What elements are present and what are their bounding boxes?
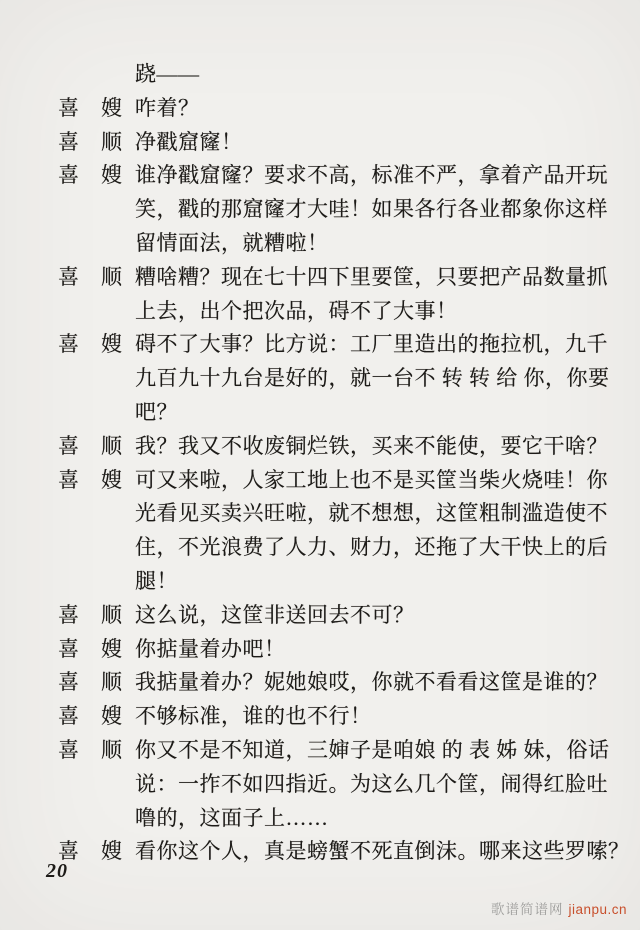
speaker-label: 喜 嫂: [58, 328, 122, 362]
page-number: 20: [46, 860, 68, 883]
dialogue-row: 喜 顺这么说，这筐非送回去不可？: [58, 599, 624, 633]
dialogue-text: 跷——: [135, 58, 624, 92]
dialogue-text: 看你这个人，真是螃蟹不死直倒沫。哪来这些罗嗦？: [135, 835, 624, 869]
dialogue-line: 腿！: [135, 565, 624, 599]
dialogue-row: 喜 嫂谁净戳窟窿？要求不高，标准不严，拿着产品开玩笑，戳的那窟窿才大哇！如果各行…: [58, 159, 624, 260]
dialogue-line: 留情面法，就糟啦！: [135, 227, 624, 261]
speaker-label: 喜 嫂: [58, 464, 122, 498]
dialogue-line: 不够标准，谁的也不行！: [135, 700, 624, 734]
speaker-label: 喜 嫂: [58, 633, 122, 667]
dialogue-line: 住，不光浪费了人力、财力，还拖了大干快上的后: [135, 531, 624, 565]
dialogue-text: 我掂量着办？妮她娘哎，你就不看看这筐是谁的？: [135, 666, 624, 700]
dialogue-line: 跷——: [135, 58, 624, 92]
speaker-label: 喜 嫂: [58, 159, 122, 193]
watermark-site-name: 歌谱简谱网: [491, 902, 564, 917]
dialogue-line: 糟啥糟？现在七十四下里要筐，只要把产品数量抓: [135, 261, 624, 295]
speaker-label: 喜 顺: [58, 261, 122, 295]
dialogue-row: 喜 嫂碍不了大事？比方说：工厂里造出的拖拉机，九千九百九十九台是好的，就一台不 …: [58, 328, 624, 429]
dialogue-line: 九百九十九台是好的，就一台不 转 转 给 你，你要: [135, 362, 624, 396]
dialogue-row: 喜 嫂看你这个人，真是螃蟹不死直倒沫。哪来这些罗嗦？: [58, 835, 624, 869]
speaker-label: 喜 顺: [58, 126, 122, 160]
dialogue-line: 碍不了大事？比方说：工厂里造出的拖拉机，九千: [135, 328, 624, 362]
dialogue-line: 看你这个人，真是螃蟹不死直倒沫。哪来这些罗嗦？: [135, 835, 624, 869]
script-dialogue: 跷——喜 嫂咋着？喜 顺净戳窟窿！喜 嫂谁净戳窟窿？要求不高，标准不严，拿着产品…: [58, 58, 624, 869]
dialogue-text: 你掂量着办吧！: [135, 633, 624, 667]
dialogue-row: 喜 嫂你掂量着办吧！: [58, 633, 624, 667]
dialogue-line: 笑，戳的那窟窿才大哇！如果各行各业都象你这样: [135, 193, 624, 227]
dialogue-row: 喜 顺我？我又不收废铜烂铁，买来不能使，要它干啥？: [58, 430, 624, 464]
dialogue-text: 你又不是不知道，三婶子是咱娘 的 表 姊 妹，俗话说：一拃不如四指近。为这么几个…: [135, 734, 624, 835]
dialogue-line: 你掂量着办吧！: [135, 633, 624, 667]
dialogue-text: 净戳窟窿！: [135, 126, 624, 160]
speaker-label: 喜 嫂: [58, 92, 122, 126]
dialogue-text: 我？我又不收废铜烂铁，买来不能使，要它干啥？: [135, 430, 624, 464]
dialogue-row: 喜 嫂不够标准，谁的也不行！: [58, 700, 624, 734]
dialogue-row: 喜 顺净戳窟窿！: [58, 126, 624, 160]
dialogue-text: 糟啥糟？现在七十四下里要筐，只要把产品数量抓上去，出个把次品，碍不了大事！: [135, 261, 624, 329]
dialogue-text: 谁净戳窟窿？要求不高，标准不严，拿着产品开玩笑，戳的那窟窿才大哇！如果各行各业都…: [135, 159, 624, 260]
speaker-label: 喜 顺: [58, 430, 122, 464]
dialogue-line: 你又不是不知道，三婶子是咱娘 的 表 姊 妹，俗话: [135, 734, 624, 768]
document-page: 跷——喜 嫂咋着？喜 顺净戳窟窿！喜 嫂谁净戳窟窿？要求不高，标准不严，拿着产品…: [0, 0, 640, 930]
dialogue-text: 可又来啦，人家工地上也不是买筐当柴火烧哇！你光看见买卖兴旺啦，就不想想，这筐粗制…: [135, 464, 624, 599]
speaker-label: 喜 嫂: [58, 700, 122, 734]
watermark: 歌谱简谱网jianpu.cn: [491, 898, 627, 918]
dialogue-text: 碍不了大事？比方说：工厂里造出的拖拉机，九千九百九十九台是好的，就一台不 转 转…: [135, 328, 624, 429]
dialogue-line: 净戳窟窿！: [135, 126, 624, 160]
dialogue-row: 喜 嫂咋着？: [58, 92, 624, 126]
dialogue-line: 吧？: [135, 396, 624, 430]
dialogue-line: 光看见买卖兴旺啦，就不想想，这筐粗制滥造使不: [135, 497, 624, 531]
dialogue-row: 喜 顺糟啥糟？现在七十四下里要筐，只要把产品数量抓上去，出个把次品，碍不了大事！: [58, 261, 624, 329]
dialogue-line: 这么说，这筐非送回去不可？: [135, 599, 624, 633]
dialogue-line: 咋着？: [135, 92, 624, 126]
speaker-label: 喜 顺: [58, 599, 122, 633]
dialogue-row: 喜 顺我掂量着办？妮她娘哎，你就不看看这筐是谁的？: [58, 666, 624, 700]
dialogue-text: 不够标准，谁的也不行！: [135, 700, 624, 734]
dialogue-line: 上去，出个把次品，碍不了大事！: [135, 295, 624, 329]
speaker-label: 喜 顺: [58, 666, 122, 700]
dialogue-line: 可又来啦，人家工地上也不是买筐当柴火烧哇！你: [135, 464, 624, 498]
dialogue-text: 咋着？: [135, 92, 624, 126]
dialogue-row: 喜 嫂可又来啦，人家工地上也不是买筐当柴火烧哇！你光看见买卖兴旺啦，就不想想，这…: [58, 464, 624, 599]
dialogue-text: 这么说，这筐非送回去不可？: [135, 599, 624, 633]
dialogue-row: 跷——: [58, 58, 624, 92]
dialogue-row: 喜 顺你又不是不知道，三婶子是咱娘 的 表 姊 妹，俗话说：一拃不如四指近。为这…: [58, 734, 624, 835]
dialogue-line: 谁净戳窟窿？要求不高，标准不严，拿着产品开玩: [135, 159, 624, 193]
dialogue-line: 噜的，这面子上……: [135, 802, 624, 836]
dialogue-line: 我？我又不收废铜烂铁，买来不能使，要它干啥？: [135, 430, 624, 464]
dialogue-line: 我掂量着办？妮她娘哎，你就不看看这筐是谁的？: [135, 666, 624, 700]
speaker-label: 喜 顺: [58, 734, 122, 768]
watermark-site-url: jianpu.cn: [568, 902, 627, 917]
dialogue-line: 说：一拃不如四指近。为这么几个筐，闹得红脸吐: [135, 768, 624, 802]
